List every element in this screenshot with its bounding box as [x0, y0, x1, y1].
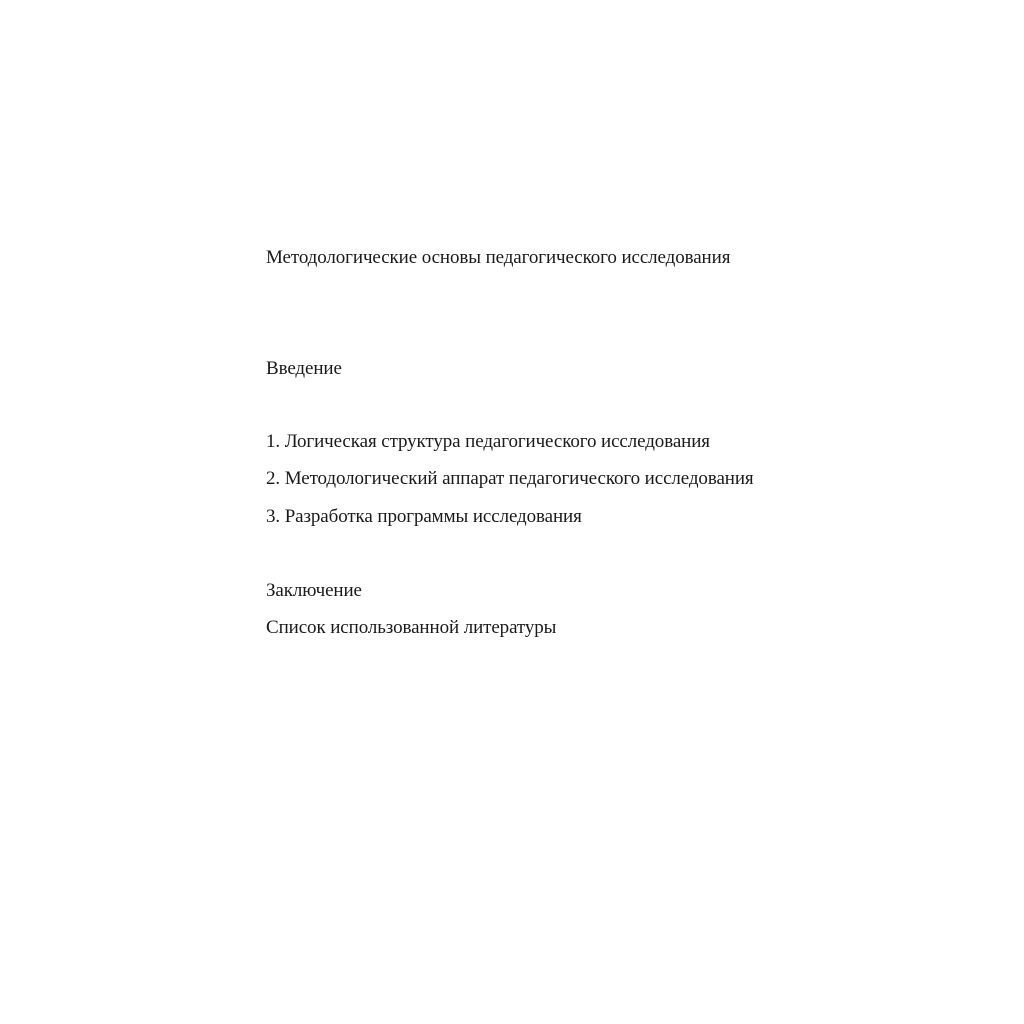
document-title: Методологические основы педагогического … [266, 246, 730, 270]
toc-chapter-1: 1. Логическая структура педагогического … [266, 430, 710, 454]
document-page: Методологические основы педагогического … [0, 0, 1024, 1024]
toc-introduction: Введение [266, 357, 342, 381]
toc-references: Список использованной литературы [266, 616, 556, 640]
toc-chapter-3: 3. Разработка программы исследования [266, 505, 582, 529]
toc-conclusion: Заключение [266, 579, 362, 603]
toc-chapter-2: 2. Методологический аппарат педагогическ… [266, 467, 754, 491]
